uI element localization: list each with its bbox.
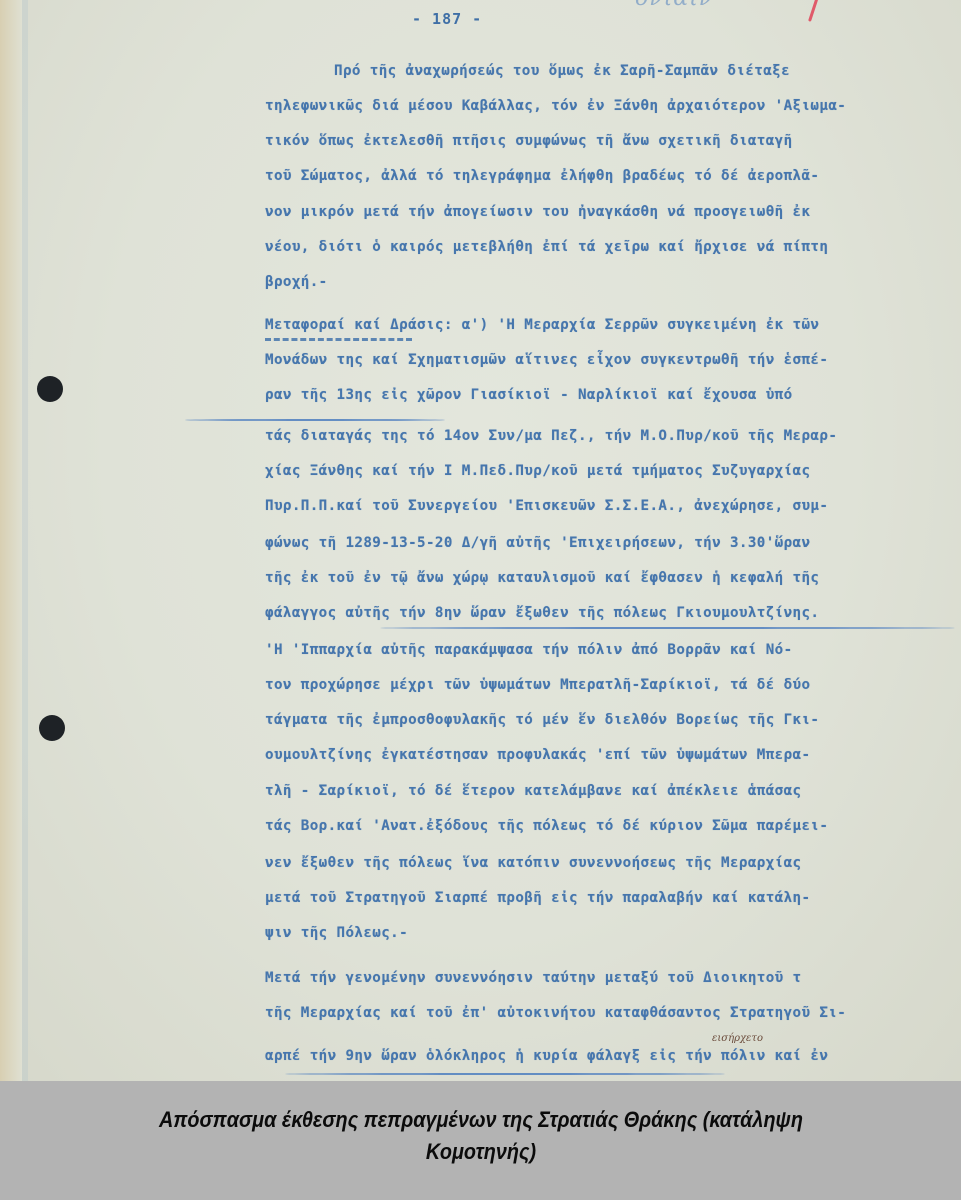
- text-line: αρπέ τήν 9ην ὥραν ὁλόκληρος ἡ κυρία φάλα…: [265, 1048, 828, 1064]
- text-line: 'Η 'Ιππαρχία αὐτῆς παρακάμψασα τήν πόλιν…: [265, 642, 793, 658]
- text-line: τῆς ἐκ τοῦ ἐν τῷ ἄνω χώρῳ καταυλισμοῦ κα…: [265, 570, 819, 586]
- pen-underline: [285, 1073, 725, 1075]
- text-line: τοῦ Σώματος, ἀλλά τό τηλεγράφημα ἐλήφθη …: [265, 168, 819, 184]
- image-caption: Απόσπασμα έκθεσης πεπραγμένων της Στρατι…: [0, 1081, 961, 1200]
- text-line: νεν ἔξωθεν τῆς πόλεως ἵνα κατόπιν συνενν…: [265, 855, 802, 871]
- heading-underline: [265, 338, 412, 344]
- text-line: Πρό τῆς ἀναχωρήσεώς του ὅμως ἐκ Σαρῆ-Σαμ…: [334, 63, 790, 79]
- red-pencil-mark: [808, 0, 819, 22]
- text-line: Μονάδων της καί Σχηματισμῶν αἵτινες εἶχο…: [265, 352, 828, 368]
- text-line: Πυρ.Π.Π.καί τοῦ Συνεργείου 'Επισκευῶν Σ.…: [265, 498, 828, 514]
- text-line: βροχή.-: [265, 274, 328, 290]
- text-line: ψιν τῆς Πόλεως.-: [265, 925, 408, 941]
- punch-hole-top: [37, 376, 63, 402]
- text-line: τον προχώρησε μέχρι τῶν ὑψωμάτων Μπερατλ…: [265, 677, 810, 693]
- text-line: τάς διαταγάς της τό 14ον Συν/μα Πεζ., τή…: [265, 428, 837, 444]
- text-line: νον μικρόν μετά τήν ἀπογείωσιν του ἠναγκ…: [265, 204, 810, 220]
- caption-text: Απόσπασμα έκθεσης πεπραγμένων της Στρατι…: [103, 1104, 859, 1168]
- text-line: τάς Βορ.καί 'Ανατ.ἐξόδους τῆς πόλεως τό …: [265, 818, 828, 834]
- pen-underline: [185, 419, 445, 421]
- section-heading-line: Μεταφοραί καί Δράσις: α') 'Η Μεραρχία Σε…: [265, 317, 819, 333]
- text-line: τλῆ - Σαρίκιοϊ, τό δέ ἕτερον κατελάμβανε…: [265, 783, 802, 799]
- text-line: τῆς Μεραρχίας καί τοῦ ἐπ' αὐτοκινήτου κα…: [265, 1005, 846, 1021]
- text-line: ουμουλτζίνης ἐγκατέστησαν προφυλακάς 'επ…: [265, 747, 810, 763]
- punch-hole-bottom: [39, 715, 65, 741]
- text-line: μετά τοῦ Στρατηγοῦ Σιαρπέ προβῆ εἰς τήν …: [265, 890, 810, 906]
- text-line: φάλαγγος αὐτῆς τήν 8ην ὥραν ἔξωθεν τῆς π…: [265, 605, 819, 621]
- text-line: νέου, διότι ὁ καιρός μετεβλήθη ἐπί τά χε…: [265, 239, 828, 255]
- text-line: φώνως τῆ 1289-13-5-20 Δ/γῆ αὐτῆς 'Επιχει…: [265, 535, 810, 551]
- text-line: τικόν ὅπως ἐκτελεσθῆ πτῆσις συμφώνως τῆ …: [265, 133, 793, 149]
- pen-underline: [380, 627, 955, 629]
- text-line: τηλεφωνικῶς διά μέσου Καβάλλας, τόν ἐν Ξ…: [265, 98, 846, 114]
- top-handwriting: ονιαιν: [635, 0, 713, 11]
- page-number: - 187 -: [412, 10, 482, 28]
- margin-annotation: εισήρχετο: [712, 1033, 763, 1044]
- text-line: τάγματα τῆς ἐμπροσθοφυλακῆς τό μέν ἕν δι…: [265, 712, 819, 728]
- text-line: Μετά τήν γενομένην συνεννόησιν ταύτην με…: [265, 970, 802, 986]
- text-line: χίας Ξάνθης καί τήν Ι Μ.Πεδ.Πυρ/κοῦ μετά…: [265, 463, 810, 479]
- text-line: ραν τῆς 13ης εἰς χῶρον Γιασίκιοϊ - Ναρλί…: [265, 387, 793, 403]
- document-scan: ονιαιν - 187 - Πρό τῆς ἀναχωρήσεώς του ὅ…: [0, 0, 961, 1081]
